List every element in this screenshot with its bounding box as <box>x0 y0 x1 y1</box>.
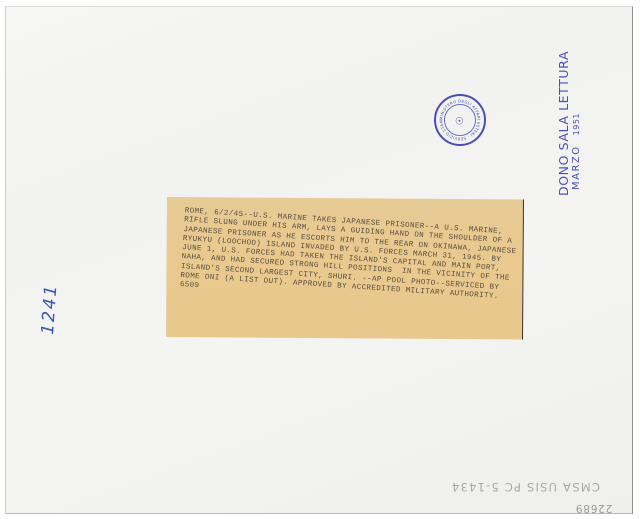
stamp-year: 1951 <box>571 113 583 135</box>
circular-ink-stamp: MINISTERO DEGLI AFFARI ESTERI · SERVIZIO… <box>434 94 486 146</box>
stamp-emblem-icon: ☉ <box>453 113 469 129</box>
scanned-photo-back: MINISTERO DEGLI AFFARI ESTERI · SERVIZIO… <box>0 0 640 519</box>
library-donation-stamp: DONO SALA LETTURA MARZO 1951 <box>556 51 583 196</box>
handwritten-inventory-number: 1241 <box>38 283 62 336</box>
archive-number: 22689 <box>575 502 612 514</box>
stamp-month: MARZO <box>571 145 583 190</box>
stamp-library-text: DONO SALA LETTURA <box>556 51 571 196</box>
archive-reference-code: CMSA USIS PC 5-1434 <box>460 480 600 494</box>
typed-caption-slip: ROME, 6/2/45--U.S. MARINE TAKES JAPANESE… <box>166 197 524 339</box>
stamp-date: MARZO 1951 <box>571 51 583 196</box>
caption-text: ROME, 6/2/45--U.S. MARINE TAKES JAPANESE… <box>179 207 519 313</box>
